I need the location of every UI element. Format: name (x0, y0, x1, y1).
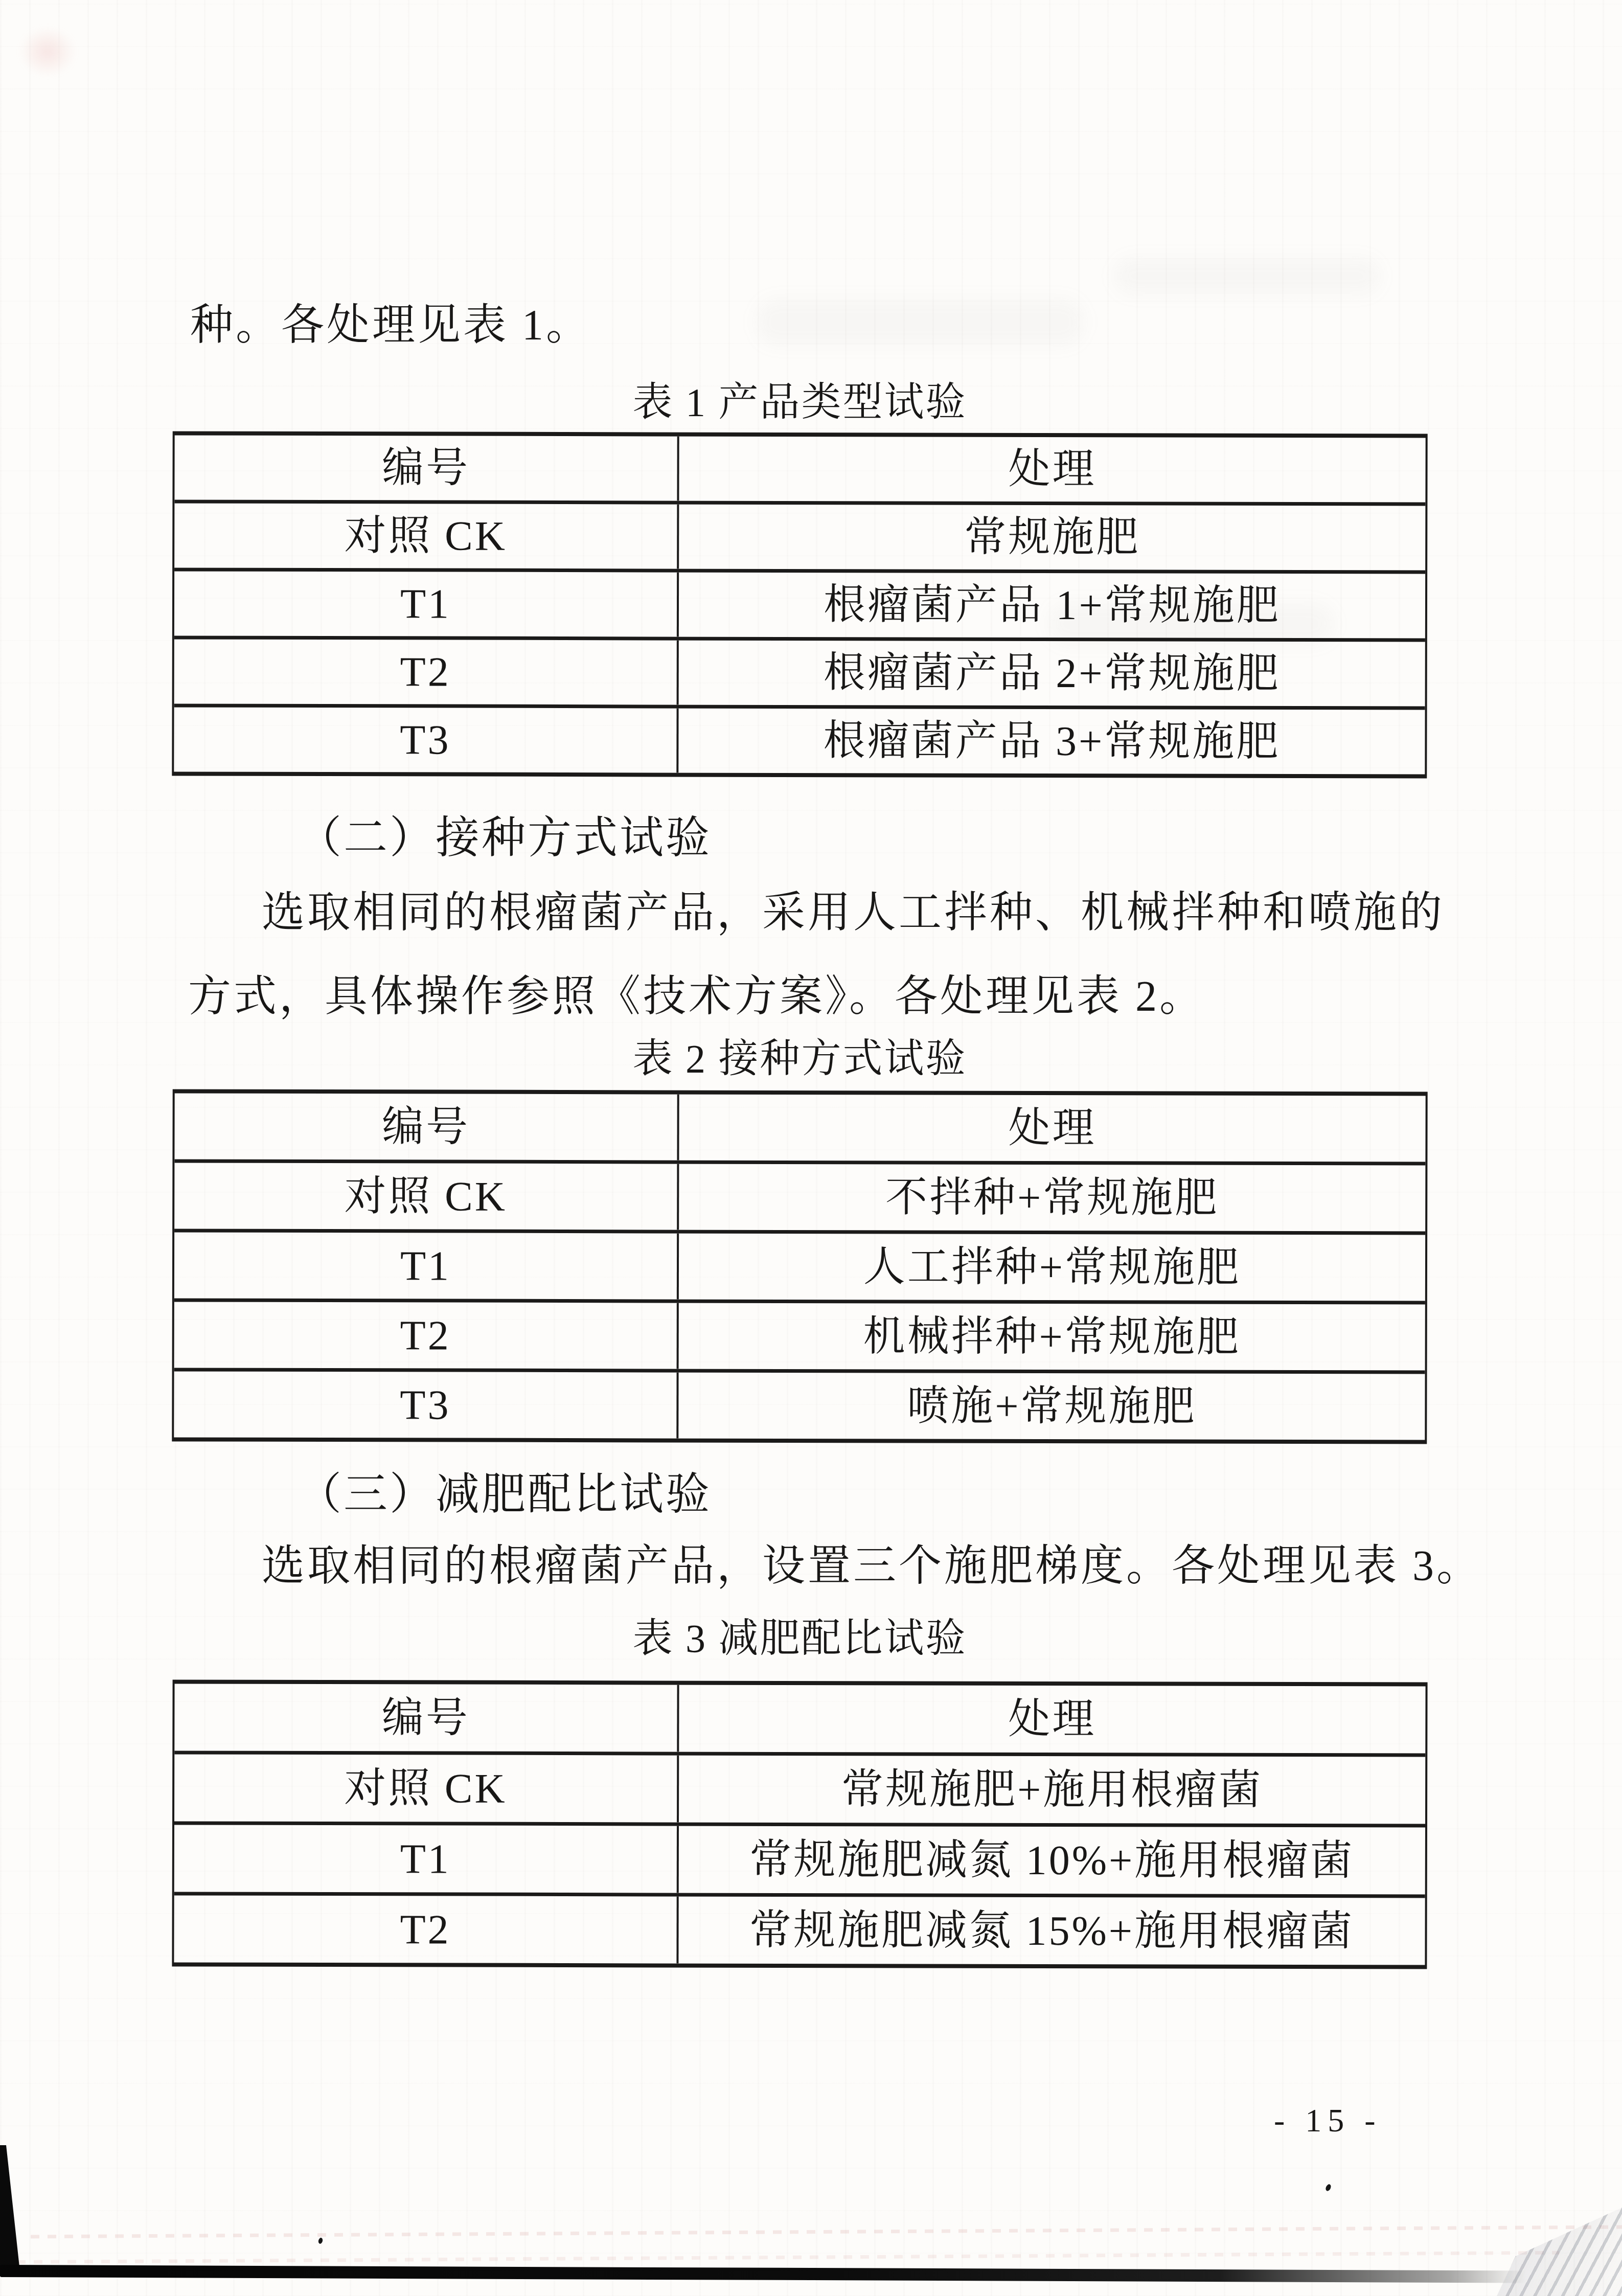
section-heading-inoculation: （二）接种方式试验 (298, 816, 712, 860)
table-header-row: 编号 处理 (174, 1093, 1425, 1165)
table-row: T3 喷施+常规施肥 (174, 1371, 1425, 1440)
table-cell-number: T3 (174, 1371, 678, 1438)
table-inoculation-method-trial: 编号 处理 对照 CK 不拌种+常规施肥 T1 人工拌种+常规施肥 T2 机械拌… (172, 1089, 1427, 1444)
table3-caption: 表 3 减肥配比试验 (172, 1619, 1427, 1658)
ink-speck (1324, 2184, 1332, 2192)
table-cell-treatment: 常规施肥 (679, 505, 1425, 571)
table-header-treatment: 处理 (679, 1685, 1425, 1754)
paragraph-line: 方式，具体操作参照《技术方案》。各处理见表 2。 (188, 975, 1205, 1018)
table-row: T1 根瘤菌产品 1+常规施肥 (174, 571, 1425, 642)
bleedthrough-smudge (1114, 258, 1380, 294)
table-cell-treatment: 根瘤菌产品 3+常规施肥 (678, 709, 1425, 775)
table-cell-number: 对照 CK (174, 503, 679, 569)
table-header-treatment: 处理 (679, 437, 1425, 503)
bleedthrough-line (0, 2251, 1559, 2264)
table-cell-number: T1 (174, 571, 679, 636)
table-cell-number: T2 (174, 639, 679, 704)
scan-page-edge (0, 2265, 1526, 2283)
table-cell-number: 对照 CK (174, 1163, 679, 1230)
table-row: T2 根瘤菌产品 2+常规施肥 (174, 639, 1425, 710)
table-row: T1 常规施肥减氮 10%+施用根瘤菌 (174, 1825, 1425, 1898)
bleedthrough-line (31, 2225, 1622, 2238)
scan-edge-shadow (0, 2145, 21, 2276)
intro-paragraph-line: 种。各处理见表 1。 (190, 304, 591, 347)
table-cell-treatment: 机械拌种+常规施肥 (679, 1303, 1425, 1371)
table-cell-treatment: 根瘤菌产品 1+常规施肥 (679, 573, 1425, 639)
table-row: T2 机械拌种+常规施肥 (174, 1302, 1425, 1374)
table-fertilizer-reduction-trial: 编号 处理 对照 CK 常规施肥+施用根瘤菌 T1 常规施肥减氮 10%+施用根… (172, 1679, 1427, 1969)
table-cell-number: T1 (174, 1232, 679, 1299)
table2-caption: 表 2 接种方式试验 (172, 1039, 1427, 1079)
table-row: T1 人工拌种+常规施肥 (174, 1232, 1425, 1304)
table-cell-treatment: 喷施+常规施肥 (678, 1373, 1425, 1440)
paragraph-line: 选取相同的根瘤菌产品，设置三个施肥梯度。各处理见表 3。 (262, 1545, 1482, 1588)
table-cell-treatment: 常规施肥减氮 10%+施用根瘤菌 (679, 1826, 1425, 1895)
table-row: 对照 CK 常规施肥+施用根瘤菌 (174, 1754, 1425, 1827)
ink-speck (318, 2237, 324, 2244)
table-header-treatment: 处理 (679, 1095, 1425, 1162)
table-cell-number: T1 (174, 1825, 679, 1893)
table-cell-treatment: 人工拌种+常规施肥 (679, 1234, 1425, 1301)
bleedthrough-smudge (757, 299, 1084, 345)
table-header-row: 编号 处理 (174, 1684, 1425, 1757)
table1-caption: 表 1 产品类型试验 (172, 382, 1427, 422)
ink-bleed-stain (9, 18, 86, 85)
table-cell-treatment: 常规施肥减氮 15%+施用根瘤菌 (678, 1897, 1425, 1965)
table-product-type-trial: 编号 处理 对照 CK 常规施肥 T1 根瘤菌产品 1+常规施肥 T2 根瘤菌产… (172, 431, 1427, 778)
table-cell-treatment: 根瘤菌产品 2+常规施肥 (679, 641, 1425, 707)
table-header-row: 编号 处理 (174, 435, 1425, 506)
table-row: T3 根瘤菌产品 3+常规施肥 (174, 707, 1425, 774)
table-row: 对照 CK 常规施肥 (174, 503, 1425, 574)
table-row: T2 常规施肥减氮 15%+施用根瘤菌 (174, 1895, 1425, 1965)
table-cell-number: T2 (174, 1895, 678, 1963)
table-row: 对照 CK 不拌种+常规施肥 (174, 1163, 1425, 1235)
table-cell-number: T2 (174, 1302, 679, 1369)
page-number: - 15 - (1274, 2104, 1382, 2137)
scanned-document-page: 种。各处理见表 1。 表 1 产品类型试验 编号 处理 对照 CK 常规施肥 T… (0, 0, 1622, 2296)
paragraph-line: 选取相同的根瘤菌产品，采用人工拌种、机械拌种和喷施的 (262, 892, 1445, 935)
table-cell-treatment: 常规施肥+施用根瘤菌 (679, 1756, 1425, 1824)
table-cell-number: 对照 CK (174, 1754, 679, 1822)
section-heading-fertilizer-reduction: （三）减肥配比试验 (298, 1472, 712, 1516)
table-cell-treatment: 不拌种+常规施肥 (679, 1164, 1425, 1232)
table-cell-number: T3 (174, 707, 678, 772)
table-header-number: 编号 (174, 1093, 679, 1160)
table-header-number: 编号 (174, 435, 679, 501)
table-header-number: 编号 (174, 1684, 679, 1752)
